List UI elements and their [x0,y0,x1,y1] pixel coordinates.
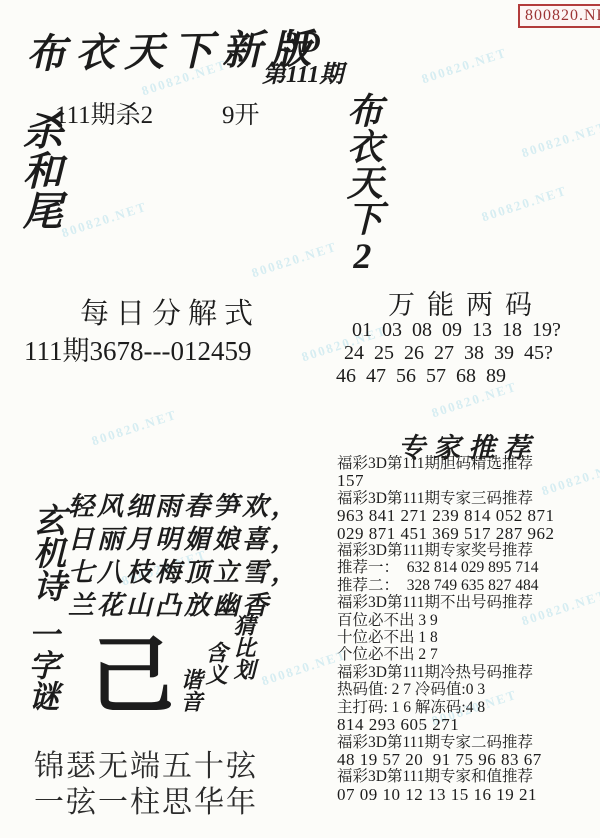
lottery-sheet-page: 800820.NET 800820.NET 800820.NET 800820.… [0,0,600,838]
watermark: 800820.NET [60,199,150,242]
expert-line: 主打码: 1 6 解冻码:4 8 [337,699,599,716]
site-badge: 800820.NET [518,4,600,28]
riddle-answer-character: 己 [90,636,174,720]
watermark: 800820.NET [420,45,510,88]
expert-recommend-list: 福彩3D第111期胆码精选推荐 157 福彩3D第111期专家三码推荐 963 … [337,455,599,803]
open-number-line: 9开 [222,95,260,131]
expert-line: 07 09 10 12 13 15 16 19 21 [337,786,599,803]
expert-line: 48 19 57 20 91 75 96 83 67 [337,751,599,768]
riddle-hint-column: 含义 [204,641,227,685]
riddle-hint-column: 谐音 [179,668,202,712]
expert-line: 推荐一： 632 814 029 895 714 [337,559,599,576]
two-codes-grid: 01 03 08 09 13 18 19? 24 25 26 27 38 39 … [336,319,600,388]
expert-line: 推荐二： 328 749 635 827 484 [337,577,599,594]
expert-line: 个位必不出 2 7 [337,646,599,663]
poem-line: 轻风细雨春笋欢， [68,490,300,523]
expert-line: 福彩3D第111期冷热号码推荐 [337,664,599,681]
mystic-poem-vertical-label: 玄机诗 [28,503,64,602]
kill-number-line: 111期杀2 [55,95,153,131]
watermark: 800820.NET [250,239,340,282]
watermark: 800820.NET [260,647,350,690]
poem-line: 七八枝梅顶立雪， [68,556,300,589]
expert-line: 百位必不出 3 9 [337,612,599,629]
two-codes-row: 01 03 08 09 13 18 19? [336,319,600,342]
two-codes-title: 万能两码 [388,283,544,322]
expert-line: 963 841 271 239 814 052 871 [337,507,599,524]
poem-line: 日丽月明媚娘喜， [68,523,300,556]
issue-number: 第111期 [262,54,343,89]
bottom-poem-line: 一弦一柱思华年 [34,777,258,821]
expert-line: 福彩3D第111期专家和值推荐 [337,768,599,785]
expert-line: 福彩3D第111期专家三码推荐 [337,490,599,507]
two-codes-row: 24 25 26 27 38 39 45? [336,342,600,365]
expert-line: 814 293 605 271 [337,716,599,733]
expert-line: 福彩3D第111期胆码精选推荐 [337,455,599,472]
expert-line: 157 [337,472,599,489]
riddle-hint-column: 猜比划 [232,614,255,680]
one-char-riddle-vertical-label: 一字谜 [22,618,59,711]
watermark: 800820.NET [90,407,180,450]
watermark: 800820.NET [520,119,600,162]
daily-decomposition-title: 每日分解式 [80,291,260,332]
watermark: 800820.NET [480,183,570,226]
two-codes-row: 46 47 56 57 68 89 [336,365,600,388]
expert-line: 福彩3D第111期专家二码推荐 [337,734,599,751]
expert-line: 福彩3D第111期专家奖号推荐 [337,542,599,559]
expert-line: 十位必不出 1 8 [337,629,599,646]
daily-decomposition-formula: 111期3678---012459 [24,329,251,368]
expert-line: 029 871 451 369 517 287 962 [337,525,599,542]
expert-line: 福彩3D第111期不出号码推荐 [337,594,599,611]
mystic-poem-lines: 轻风细雨春笋欢， 日丽月明媚娘喜， 七八枝梅顶立雪， 兰花山凸放幽香 [68,490,300,622]
expert-line: 热码值: 2 7 冷码值:0 3 [337,681,599,698]
poem-line: 兰花山凸放幽香 [68,589,300,622]
brand-vertical-label: 布衣天下2 [342,92,382,276]
kill-sum-tail-vertical-label: 杀和尾 [16,110,63,230]
